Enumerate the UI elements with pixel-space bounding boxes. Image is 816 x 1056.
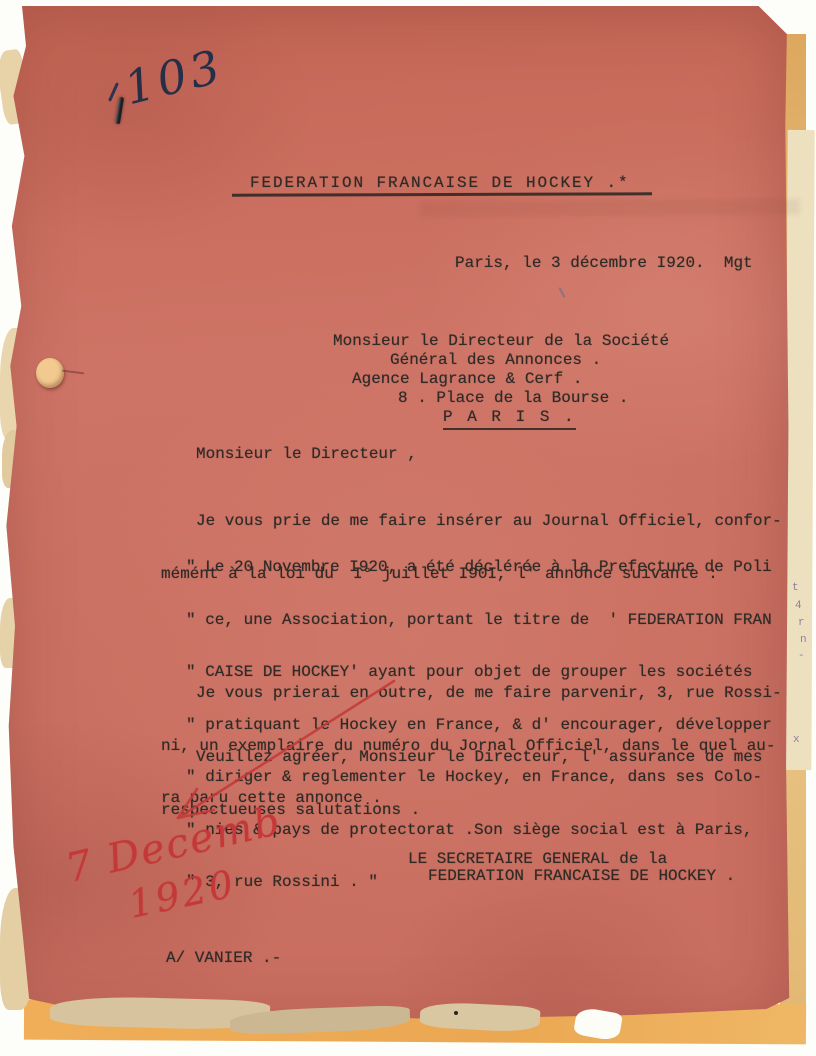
signature-line: FEDERATION FRANCAISE DE HOCKEY . — [428, 868, 735, 886]
body-line: Je vous prierai en outre, de me faire pa… — [161, 685, 782, 703]
margin-fragment-char: r — [798, 617, 805, 629]
recipient-line: 8 . Place de la Bourse . — [398, 390, 628, 408]
recipient-line: Agence Lagrance & Cerf . — [352, 371, 582, 389]
ink-smudge — [420, 199, 800, 218]
margin-fragment-char: t — [792, 582, 799, 594]
punch-hole — [36, 358, 64, 388]
ink-spot — [454, 1011, 458, 1015]
recipient-line: Général des Annonces . — [390, 352, 601, 370]
quote-line: " Le 20 Novembre I920, a été déclérée à … — [186, 559, 772, 577]
margin-fragment-char: x — [793, 734, 800, 746]
margin-fragment-char: 4 — [795, 600, 802, 612]
letter-title: FEDERATION FRANCAISE DE HOCKEY .* — [250, 175, 630, 193]
reference-initials: A/ VANIER .- — [166, 950, 281, 968]
margin-fragment-char: - — [798, 650, 805, 662]
signature-line: LE SECRETAIRE GENERAL de la — [408, 851, 667, 869]
recipient-line: Monsieur le Directeur de la Société — [333, 333, 669, 351]
body-line: Veuillez agréer, Monsieur le Directeur, … — [161, 749, 763, 767]
dateline: Paris, le 3 décembre I920. Mgt — [455, 255, 753, 273]
margin-fragment-char: n — [800, 634, 807, 646]
scanned-letter-page: t 4 r n - x 103 FEDERATION FRANCAISE DE … — [0, 0, 816, 1056]
underlying-cream-page-right — [784, 130, 814, 770]
recipient-city: P A R I S . — [443, 409, 576, 430]
quote-line: " ce, une Association, portant le titre … — [186, 612, 772, 630]
salutation: Monsieur le Directeur , — [196, 446, 417, 464]
